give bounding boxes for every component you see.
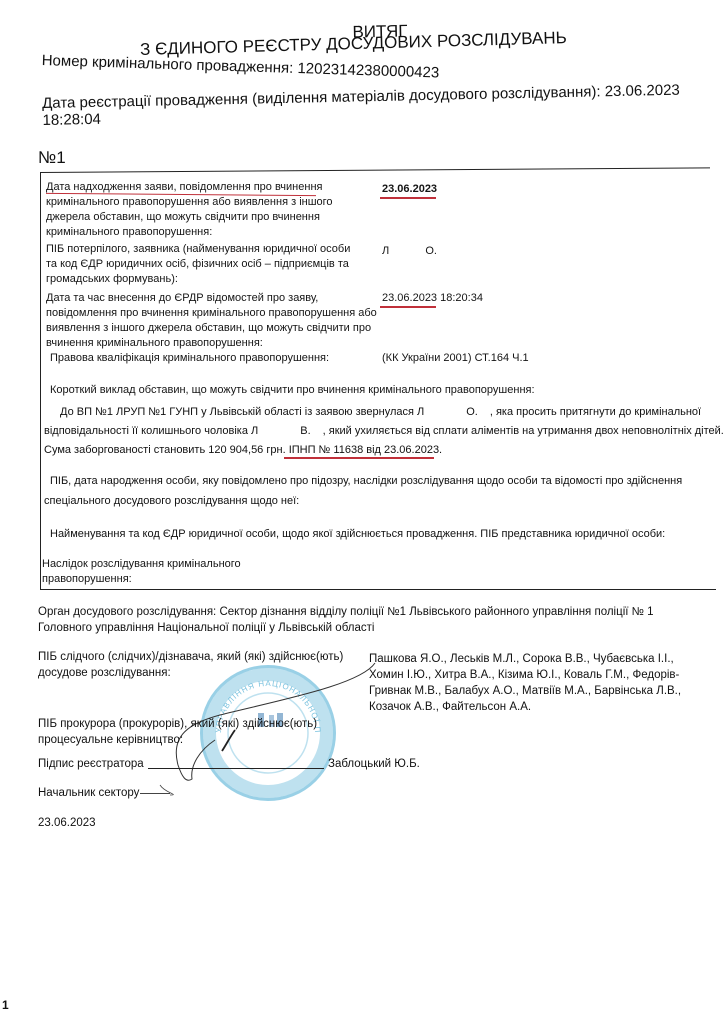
qualification-label: Правова кваліфікація кримінального право… xyxy=(50,351,329,366)
victim-label-line: ПІБ потерпілого, заявника (найменування … xyxy=(46,242,366,257)
registration-date-row: Дата реєстрації провадження (виділення м… xyxy=(42,82,683,129)
suspect-line-2: спеціального досудового розслідування що… xyxy=(44,491,299,511)
investigators-names-line: Козачок А.В., Файтельсон А.А. xyxy=(369,699,681,715)
entered-value: 23.06.2023 18:20:34 xyxy=(382,291,483,306)
ipnp-reference: ІПНП № 11638 від 23.06.2023. xyxy=(289,444,442,456)
victim-label-line: та код ЄДР юридичних осіб, фізичних осіб… xyxy=(46,257,366,272)
investigators-names-line: Гривнак М.В., Балабух А.О., Матвіїв М.А.… xyxy=(369,683,681,699)
investigators-names-line: Пашкова Я.О., Леськів М.Л., Сорока В.В.,… xyxy=(369,651,681,667)
entered-date-underline xyxy=(380,306,436,308)
registrar-name: Заблоцький Ю.Б. xyxy=(328,756,420,772)
entered-date: 23.06.2023 xyxy=(382,292,437,304)
document-date: 23.06.2023 xyxy=(38,815,96,831)
page-number: 1 xyxy=(2,998,9,1012)
victim-value: Л О. xyxy=(382,244,437,259)
head-of-sector-label: Начальник сектору xyxy=(38,785,139,801)
investigators-label-line: досудове розслідування: xyxy=(38,665,343,681)
victim-surname: Л xyxy=(382,245,389,257)
summary-line-2: відповідальності її колишнього чоловіка … xyxy=(44,421,723,441)
investigators-names-line: Хомин І.Ю., Хитра В.А., Кізима Ю.І., Ков… xyxy=(369,667,681,683)
victim-label: ПІБ потерпілого, заявника (найменування … xyxy=(46,242,366,287)
ipnp-underline xyxy=(284,457,434,459)
received-date-value: 23.06.2023 xyxy=(382,182,437,197)
registrar-signature-line xyxy=(148,768,324,769)
entered-label-line: повідомлення про вчинення кримінального … xyxy=(46,306,386,321)
organ-line: Головного управління Національної поліці… xyxy=(38,620,654,636)
received-label: Дата надходження заяви, повідомлення про… xyxy=(46,180,366,240)
entered-time: 18:20:34 xyxy=(440,292,483,304)
summary-label: Короткий виклад обставин, що можуть свід… xyxy=(50,383,535,398)
summary-text: відповідальності її колишнього чоловіка … xyxy=(44,425,258,437)
summary-initial: В. xyxy=(300,425,310,437)
entered-label-line: вчинення кримінального правопорушення: xyxy=(46,336,386,351)
victim-initial: О. xyxy=(425,245,437,257)
organ-line: Орган досудового розслідування: Сектор д… xyxy=(38,604,654,620)
summary-text: , яка просить притягнути до кримінальної xyxy=(490,406,701,418)
legal-entity-label: Найменування та код ЄДР юридичної особи,… xyxy=(50,524,665,544)
table-bottom-border xyxy=(40,589,716,590)
case-number-value: 12023142380000423 xyxy=(297,60,439,81)
suspect-line-1: ПІБ, дата народження особи, яку повідомл… xyxy=(50,471,682,491)
investigators-label: ПІБ слідчого (слідчих)/дізнавача, який (… xyxy=(38,649,343,681)
outcome-label-line: Наслідок розслідування кримінального xyxy=(42,557,241,572)
prosecutors-label-line: процесуальне керівництво: xyxy=(38,732,317,748)
received-date-underline xyxy=(380,197,436,199)
victim-label-line: громадських формувань): xyxy=(46,272,366,287)
summary-text: , який ухиляється від сплати аліментів н… xyxy=(323,425,723,437)
investigators-list: Пашкова Я.О., Леськів М.Л., Сорока В.В.,… xyxy=(369,651,681,715)
entered-label-line: Дата та час внесення до ЄРДР відомостей … xyxy=(46,291,386,306)
record-number: №1 xyxy=(38,148,66,168)
summary-initial: О. xyxy=(466,406,478,418)
registration-date-value: 23.06.2023 xyxy=(605,82,680,101)
prosecutors-label: ПІБ прокурора (прокурорів), який (які) з… xyxy=(38,716,317,748)
investigators-label-line: ПІБ слідчого (слідчих)/дізнавача, який (… xyxy=(38,649,343,665)
investigation-organ: Орган досудового розслідування: Сектор д… xyxy=(38,604,654,636)
entered-label: Дата та час внесення до ЄРДР відомостей … xyxy=(46,291,386,351)
registrar-signature-label: Підпис реєстратора xyxy=(38,756,144,772)
prosecutors-label-line: ПІБ прокурора (прокурорів), який (які) з… xyxy=(38,716,317,732)
received-label-line: кримінального правопорушення: xyxy=(46,225,366,240)
qualification-value: (КК України 2001) СТ.164 Ч.1 xyxy=(382,351,529,366)
received-label-line: кримінального правопорушення або виявлен… xyxy=(46,195,366,210)
received-label-line: джерела обставин, що можуть свідчити про… xyxy=(46,210,366,225)
debt-amount-text: Сума заборгованості становить 120 904,56… xyxy=(44,444,286,456)
summary-line-1: До ВП №1 ЛРУП №1 ГУНП у Львівській облас… xyxy=(60,402,701,422)
outcome-label: Наслідок розслідування кримінального пра… xyxy=(42,557,241,587)
entered-label-line: виявлення з іншого джерела обставин, що … xyxy=(46,321,386,336)
outcome-label-line: правопорушення: xyxy=(42,572,241,587)
summary-text: До ВП №1 ЛРУП №1 ГУНП у Львівській облас… xyxy=(60,406,424,418)
head-signature-stroke xyxy=(140,793,170,794)
